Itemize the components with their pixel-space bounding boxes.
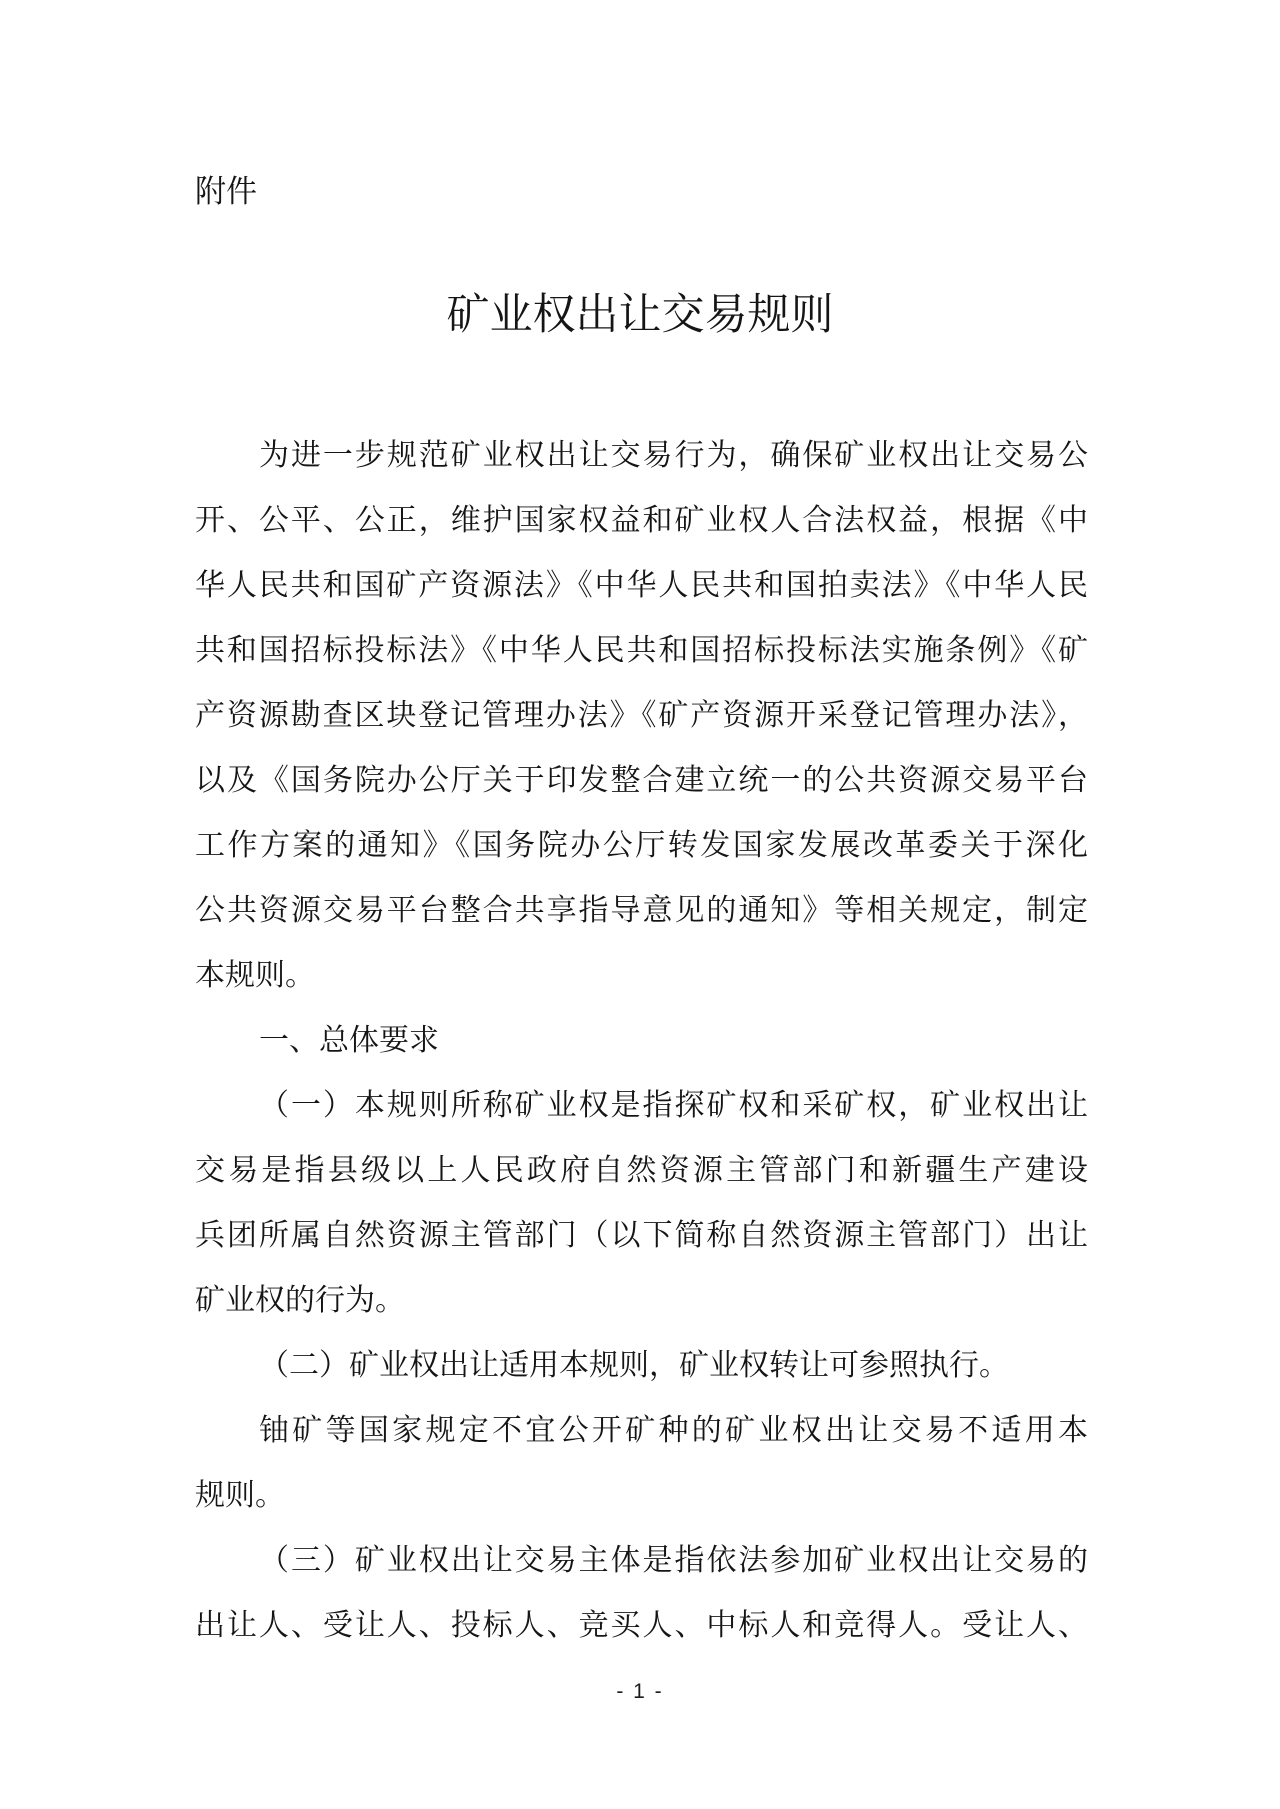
document-line: 华人民共和国矿产资源法》《中华人民共和国拍卖法》《中华人民 [195, 553, 1088, 618]
document-line: （三）矿业权出让交易主体是指依法参加矿业权出让交易的 [195, 1528, 1088, 1593]
document-page: 附件 矿业权出让交易规则 为进一步规范矿业权出让交易行为，确保矿业权出让交易公开… [0, 0, 1280, 1809]
document-line: 共和国招标投标法》《中华人民共和国招标投标法实施条例》《矿 [195, 618, 1088, 683]
page-number: - 1 - [0, 1678, 1280, 1706]
section-heading: 一、总体要求 [195, 1008, 1088, 1073]
document-line: 以及《国务院办公厅关于印发整合建立统一的公共资源交易平台 [195, 748, 1088, 813]
document-line: 铀矿等国家规定不宜公开矿种的矿业权出让交易不适用本 [195, 1398, 1088, 1463]
document-line: 兵团所属自然资源主管部门（以下简称自然资源主管部门）出让 [195, 1203, 1088, 1268]
document-line: 本规则。 [195, 943, 1088, 1008]
document-line: 工作方案的通知》《国务院办公厅转发国家发展改革委关于深化 [195, 813, 1088, 878]
document-line: 公共资源交易平台整合共享指导意见的通知》等相关规定，制定 [195, 878, 1088, 943]
document-line: （一）本规则所称矿业权是指探矿权和采矿权，矿业权出让 [195, 1073, 1088, 1138]
document-line: 出让人、受让人、投标人、竞买人、中标人和竞得人。受让人、 [195, 1593, 1088, 1658]
document-line: 规则。 [195, 1463, 1088, 1528]
document-line: （二）矿业权出让适用本规则，矿业权转让可参照执行。 [195, 1333, 1088, 1398]
document-line: 为进一步规范矿业权出让交易行为，确保矿业权出让交易公 [195, 423, 1088, 488]
document-line: 开、公平、公正，维护国家权益和矿业权人合法权益，根据《中 [195, 488, 1088, 553]
document-title: 矿业权出让交易规则 [0, 286, 1280, 344]
document-line: 交易是指县级以上人民政府自然资源主管部门和新疆生产建设 [195, 1138, 1088, 1203]
document-line: 矿业权的行为。 [195, 1268, 1088, 1333]
document-line: 产资源勘查区块登记管理办法》《矿产资源开采登记管理办法》， [195, 683, 1088, 748]
attachment-label: 附件 [195, 172, 257, 212]
document-body: 为进一步规范矿业权出让交易行为，确保矿业权出让交易公开、公平、公正，维护国家权益… [195, 423, 1088, 1658]
